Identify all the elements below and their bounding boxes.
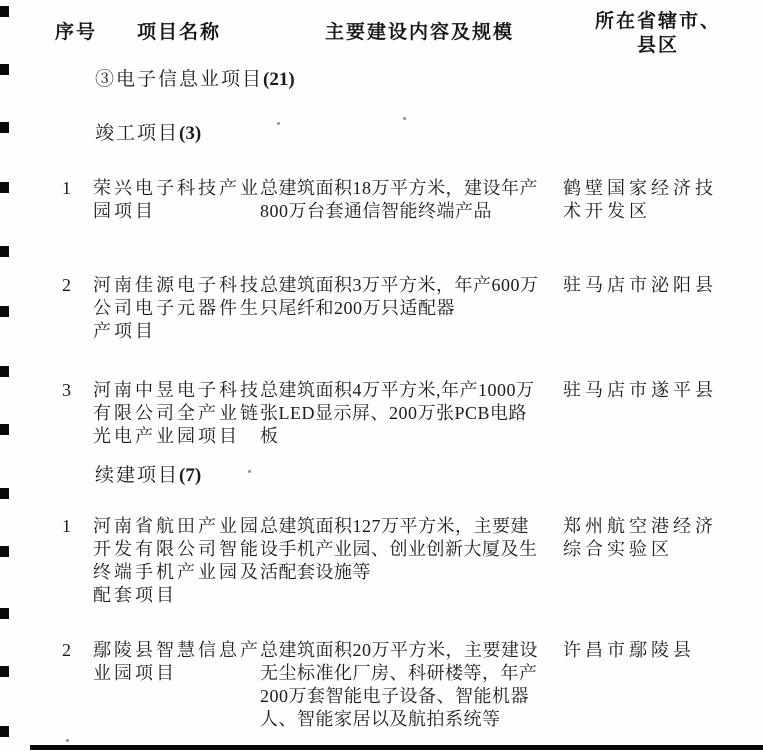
project-name-line: 园项目 bbox=[93, 200, 261, 223]
construction-content-line: 只尾纤和200万只适配器 bbox=[260, 297, 539, 320]
project-name-line: 终端手机产业园及 bbox=[93, 561, 261, 584]
construction-content-line: 总建筑面积3万平方米，年产600万 bbox=[260, 274, 539, 297]
row-serial-number: 1 bbox=[62, 177, 71, 200]
location-cell: 郑州航空港经济 综合实验区 bbox=[563, 515, 717, 561]
project-name-line: 配套项目 bbox=[93, 584, 261, 607]
project-name-line: 产项目 bbox=[93, 320, 261, 343]
construction-content-line: 设手机产业园、创业创新大厦及生 bbox=[260, 538, 538, 561]
column-header-serial: 序号 bbox=[55, 21, 97, 45]
location-line: 驻马店市遂平县 bbox=[563, 379, 717, 402]
project-name-line: 河南省航田产业园 bbox=[93, 515, 261, 538]
project-name-line: 鄢陵县智慧信息产 bbox=[93, 639, 261, 662]
construction-content-line: 板 bbox=[260, 425, 535, 448]
project-name-line: 河南中昱电子科技 bbox=[93, 379, 261, 402]
scan-edge-mark bbox=[0, 488, 9, 499]
project-name-line: 光电产业园项目 bbox=[93, 425, 261, 448]
scan-edge-mark bbox=[0, 424, 9, 435]
construction-content-line: 总建筑面积18万平方米，建设年产 bbox=[260, 177, 538, 200]
construction-content-cell: 总建筑面积18万平方米，建设年产 800万台套通信智能终端产品 bbox=[260, 177, 538, 223]
row-serial-number: 3 bbox=[62, 379, 71, 402]
scan-speck bbox=[248, 470, 251, 473]
location-line: 驻马店市泌阳县 bbox=[563, 274, 717, 297]
scan-edge-mark bbox=[0, 122, 9, 133]
construction-content-line: 总建筑面积20万平方米，主要建设 bbox=[260, 639, 538, 662]
project-name-cell: 鄢陵县智慧信息产 业园项目 bbox=[93, 639, 261, 685]
section-heading-continued: 续建项目(7) bbox=[95, 464, 201, 487]
location-cell: 驻马店市遂平县 bbox=[563, 379, 717, 402]
location-cell: 许昌市鄢陵县 bbox=[563, 639, 695, 662]
location-cell: 鹤壁国家经济技 术开发区 bbox=[563, 177, 717, 223]
scanned-document-page: 序号 项目名称 主要建设内容及规模 所在省辖市、 县区 ③电子信息业项目(21)… bbox=[0, 0, 763, 751]
scan-speck bbox=[403, 117, 406, 120]
project-name-line: 开发有限公司智能 bbox=[93, 538, 261, 561]
scan-edge-mark bbox=[0, 666, 9, 677]
construction-content-line: 总建筑面积4万平方米,年产1000万 bbox=[260, 379, 535, 402]
construction-content-cell: 总建筑面积127万平方米，主要建 设手机产业园、创业创新大厦及生 活配套设施等 bbox=[260, 515, 538, 584]
section-heading-electronics-count: (21) bbox=[263, 69, 295, 90]
scan-edge-mark bbox=[0, 64, 9, 75]
location-line: 鹤壁国家经济技 bbox=[563, 177, 717, 200]
section-heading-electronics: ③电子信息业项目(21) bbox=[95, 68, 295, 91]
scan-edge-mark bbox=[0, 182, 9, 193]
row-serial-number: 1 bbox=[62, 515, 71, 538]
scan-edge-mark bbox=[0, 366, 9, 377]
project-name-cell: 河南省航田产业园 开发有限公司智能 终端手机产业园及 配套项目 bbox=[93, 515, 261, 607]
scan-edge-mark bbox=[0, 6, 9, 17]
scan-edge-mark bbox=[0, 726, 9, 737]
construction-content-line: 张LED显示屏、200万张PCB电路 bbox=[260, 402, 535, 425]
construction-content-line: 200万套智能电子设备、智能机器 bbox=[260, 685, 538, 708]
project-name-cell: 河南中昱电子科技 有限公司全产业链 光电产业园项目 bbox=[93, 379, 261, 448]
section-heading-completed-text: 竣工项目 bbox=[95, 123, 179, 144]
location-line: 综合实验区 bbox=[563, 538, 717, 561]
project-name-cell: 河南佳源电子科技 公司电子元器件生 产项目 bbox=[93, 274, 261, 343]
section-heading-electronics-text: ③电子信息业项目 bbox=[95, 69, 263, 90]
project-name-line: 有限公司全产业链 bbox=[93, 402, 261, 425]
scan-speck bbox=[66, 739, 69, 742]
project-name-line: 河南佳源电子科技 bbox=[93, 274, 261, 297]
construction-content-cell: 总建筑面积3万平方米，年产600万 只尾纤和200万只适配器 bbox=[260, 274, 539, 320]
construction-content-line: 活配套设施等 bbox=[260, 561, 538, 584]
location-line: 许昌市鄢陵县 bbox=[563, 639, 695, 662]
location-cell: 驻马店市泌阳县 bbox=[563, 274, 717, 297]
construction-content-line: 人、智能家居以及航拍系统等 bbox=[260, 708, 538, 731]
construction-content-line: 800万台套通信智能终端产品 bbox=[260, 200, 538, 223]
scan-edge-mark bbox=[0, 246, 9, 257]
scan-speck bbox=[277, 122, 280, 125]
column-header-location: 所在省辖市、 县区 bbox=[556, 10, 760, 58]
column-header-location-line1: 所在省辖市、 bbox=[556, 10, 760, 34]
location-line: 术开发区 bbox=[563, 200, 717, 223]
column-header-construction-content: 主要建设内容及规模 bbox=[325, 21, 514, 45]
project-name-line: 业园项目 bbox=[93, 662, 261, 685]
scan-edge-mark bbox=[0, 608, 9, 619]
project-name-line: 荣兴电子科技产业 bbox=[93, 177, 261, 200]
section-heading-continued-count: (7) bbox=[179, 465, 201, 486]
project-name-line: 公司电子元器件生 bbox=[93, 297, 261, 320]
scan-edge-mark bbox=[0, 546, 9, 557]
scan-edge-mark bbox=[0, 306, 9, 317]
construction-content-cell: 总建筑面积4万平方米,年产1000万 张LED显示屏、200万张PCB电路 板 bbox=[260, 379, 535, 448]
column-header-location-line2: 县区 bbox=[556, 34, 760, 58]
row-serial-number: 2 bbox=[62, 639, 71, 662]
section-heading-completed-count: (3) bbox=[179, 123, 201, 144]
row-serial-number: 2 bbox=[62, 274, 71, 297]
construction-content-line: 无尘标准化厂房、科研楼等，年产 bbox=[260, 662, 538, 685]
location-line: 郑州航空港经济 bbox=[563, 515, 717, 538]
column-header-project-name: 项目名称 bbox=[137, 21, 221, 45]
construction-content-line: 总建筑面积127万平方米，主要建 bbox=[260, 515, 538, 538]
construction-content-cell: 总建筑面积20万平方米，主要建设 无尘标准化厂房、科研楼等，年产 200万套智能… bbox=[260, 639, 538, 731]
scan-bottom-edge-bar bbox=[30, 745, 763, 750]
section-heading-continued-text: 续建项目 bbox=[95, 465, 179, 486]
project-name-cell: 荣兴电子科技产业 园项目 bbox=[93, 177, 261, 223]
section-heading-completed: 竣工项目(3) bbox=[95, 122, 201, 145]
